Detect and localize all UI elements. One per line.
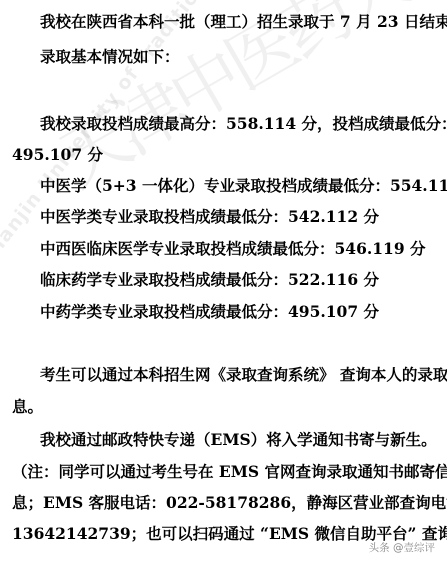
score-integrated-clinical: 中西医临床医学专业录取投档成绩最低分：546.119 分	[40, 239, 426, 259]
summary-heading: 录取基本情况如下：	[40, 47, 180, 67]
query-info-line1: 考生可以通过本科招生网《录取查询系统》 查询本人的录取信	[40, 365, 447, 385]
score-tcm-integrated: 中医学（5+3 一体化）专业录取投档成绩最低分：554.112 分	[40, 176, 447, 196]
ems-note-line1: （注：同学可以通过考生号在 EMS 官网查询录取通知书邮寄信	[12, 462, 447, 482]
score-chinese-pharmacy: 中药学类专业录取投档成绩最低分：495.107 分	[40, 302, 379, 322]
query-info-line2: 息。	[12, 397, 43, 417]
score-clinical-pharmacy: 临床药学专业录取投档成绩最低分：522.116 分	[40, 270, 379, 290]
overall-score-line1: 我校录取投档成绩最高分：558.114 分，投档成绩最低分：	[40, 114, 447, 134]
ems-notice: 我校通过邮政特快专递（EMS）将入学通知书寄与新生。	[40, 430, 437, 450]
overall-score-line2: 495.107 分	[12, 145, 103, 165]
source-signature: 头条 @壹综评	[369, 540, 435, 555]
ems-note-line2: 息；EMS 客服电话：022-58178286，静海区营业部查询电话：	[12, 493, 447, 513]
score-tcm: 中医学类专业录取投档成绩最低分：542.112 分	[40, 207, 379, 227]
announcement-intro: 我校在陕西省本科一批（理工）招生录取于 7 月 23 日结束。	[40, 12, 447, 32]
